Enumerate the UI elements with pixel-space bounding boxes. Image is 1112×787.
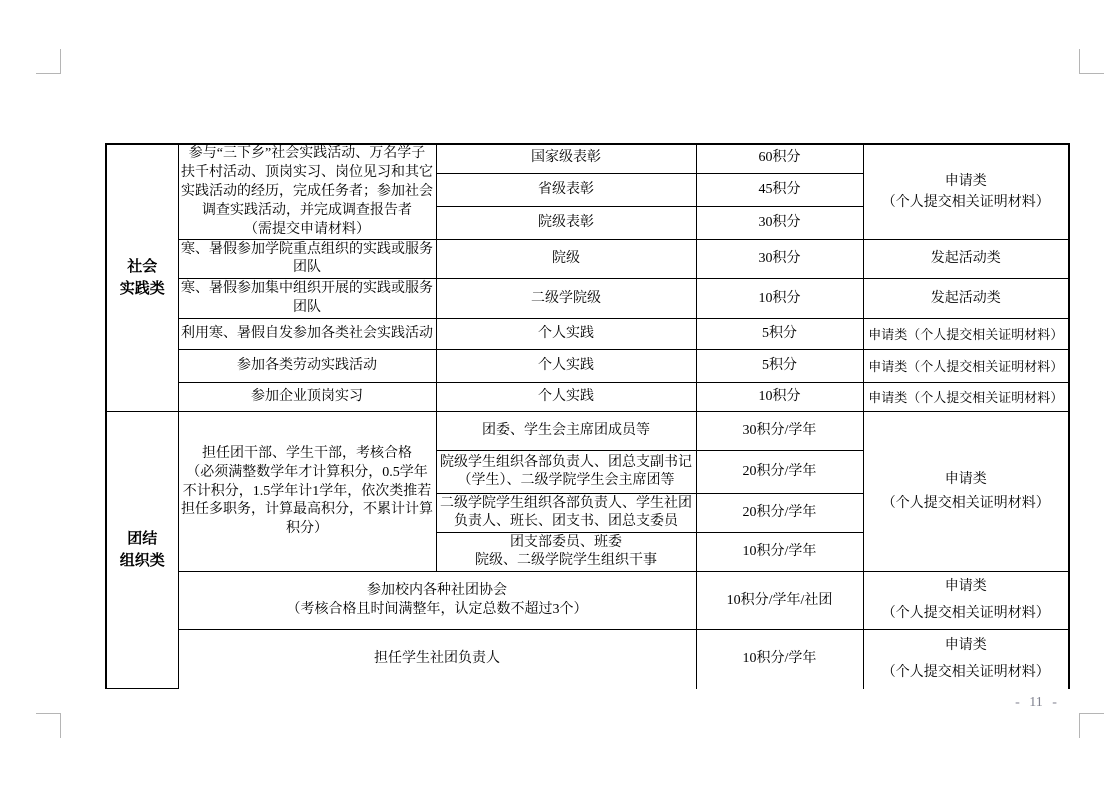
position-cell: 院级学生组织各部负责人、团总支副书记 （学生）、二级学院学生会主席团等 (436, 451, 696, 494)
activity-cell: 参加企业顶岗实习 (178, 383, 436, 412)
level-cell: 个人实践 (436, 350, 696, 383)
level-cell: 国家级表彰 (436, 144, 696, 173)
table-row: 担任学生社团负责人 10积分/学年 申请类 （个人提交相关证明材料） (106, 630, 1069, 689)
type-cell: 申请类（个人提交相关证明材料） (863, 383, 1069, 412)
table-row: 寒、暑假参加集中组织开展的实践或服务 团队 二级学院级 10积分 发起活动类 (106, 279, 1069, 319)
activity-cell: 参加校内各种社团协会 （考核合格且时间满整年，认定总数不超过3个） (178, 572, 696, 630)
type-cell: 申请类 （个人提交相关证明材料） (863, 572, 1069, 630)
activity-cell: 参与“三下乡”社会实践活动、万名学子 扶千村活动、顶岗实习、岗位见习和其它 实践… (178, 144, 436, 240)
level-cell: 院级 (436, 240, 696, 279)
points-cell: 10积分 (696, 279, 863, 319)
points-cell: 5积分 (696, 350, 863, 383)
type-cell: 申请类（个人提交相关证明材料） (863, 319, 1069, 350)
activity-cell: 寒、暑假参加集中组织开展的实践或服务 团队 (178, 279, 436, 319)
document-page: 社会 实践类 参与“三下乡”社会实践活动、万名学子 扶千村活动、顶岗实习、岗位见… (0, 0, 1112, 787)
crop-mark-bottom-left (36, 713, 61, 738)
points-cell: 20积分/学年 (696, 451, 863, 494)
points-cell: 10积分/学年 (696, 630, 863, 689)
points-cell: 30积分 (696, 240, 863, 279)
points-cell: 30积分/学年 (696, 412, 863, 451)
level-cell: 个人实践 (436, 319, 696, 350)
position-cell: 二级学院学生组织各部负责人、学生社团 负责人、班长、团支书、团总支委员 (436, 494, 696, 533)
crop-mark-bottom-right (1079, 713, 1104, 738)
level-cell: 个人实践 (436, 383, 696, 412)
type-cell: 发起活动类 (863, 279, 1069, 319)
type-cell: 申请类 （个人提交相关证明材料） (863, 144, 1069, 240)
points-cell: 5积分 (696, 319, 863, 350)
points-cell: 20积分/学年 (696, 494, 863, 533)
type-cell: 发起活动类 (863, 240, 1069, 279)
crop-mark-top-right (1079, 49, 1104, 74)
points-cell: 45积分 (696, 173, 863, 206)
category-cell: 团结 组织类 (106, 412, 178, 689)
points-cell: 60积分 (696, 144, 863, 173)
table-row: 参加各类劳动实践活动 个人实践 5积分 申请类（个人提交相关证明材料） (106, 350, 1069, 383)
points-cell: 10积分 (696, 383, 863, 412)
level-cell: 二级学院级 (436, 279, 696, 319)
position-cell: 团委、学生会主席团成员等 (436, 412, 696, 451)
table-row: 社会 实践类 参与“三下乡”社会实践活动、万名学子 扶千村活动、顶岗实习、岗位见… (106, 144, 1069, 173)
points-table: 社会 实践类 参与“三下乡”社会实践活动、万名学子 扶千村活动、顶岗实习、岗位见… (105, 143, 1070, 689)
position-cell: 团支部委员、班委 院级、二级学院学生组织干事 (436, 533, 696, 572)
table-row: 团结 组织类 担任团干部、学生干部，考核合格 （必须满整数学年才计算积分，0.5… (106, 412, 1069, 451)
crop-mark-top-left (36, 49, 61, 74)
type-cell: 申请类（个人提交相关证明材料） (863, 350, 1069, 383)
activity-cell: 担任学生社团负责人 (178, 630, 696, 689)
table-row: 参加校内各种社团协会 （考核合格且时间满整年，认定总数不超过3个） 10积分/学… (106, 572, 1069, 630)
points-cell: 10积分/学年/社团 (696, 572, 863, 630)
type-cell: 申请类 （个人提交相关证明材料） (863, 630, 1069, 689)
table-row: 寒、暑假参加学院重点组织的实践或服务 团队 院级 30积分 发起活动类 (106, 240, 1069, 279)
table-row: 利用寒、暑假自发参加各类社会实践活动 个人实践 5积分 申请类（个人提交相关证明… (106, 319, 1069, 350)
level-cell: 省级表彰 (436, 173, 696, 206)
points-cell: 10积分/学年 (696, 533, 863, 572)
table-row: 参加企业顶岗实习 个人实践 10积分 申请类（个人提交相关证明材料） (106, 383, 1069, 412)
page-number: - 11 - (1000, 695, 1072, 711)
level-cell: 院级表彰 (436, 207, 696, 240)
type-cell: 申请类 （个人提交相关证明材料） (863, 412, 1069, 572)
activity-cell: 利用寒、暑假自发参加各类社会实践活动 (178, 319, 436, 350)
activity-cell: 寒、暑假参加学院重点组织的实践或服务 团队 (178, 240, 436, 279)
category-cell: 社会 实践类 (106, 144, 178, 412)
points-cell: 30积分 (696, 207, 863, 240)
activity-cell: 担任团干部、学生干部，考核合格 （必须满整数学年才计算积分，0.5学年 不计积分… (178, 412, 436, 572)
activity-cell: 参加各类劳动实践活动 (178, 350, 436, 383)
